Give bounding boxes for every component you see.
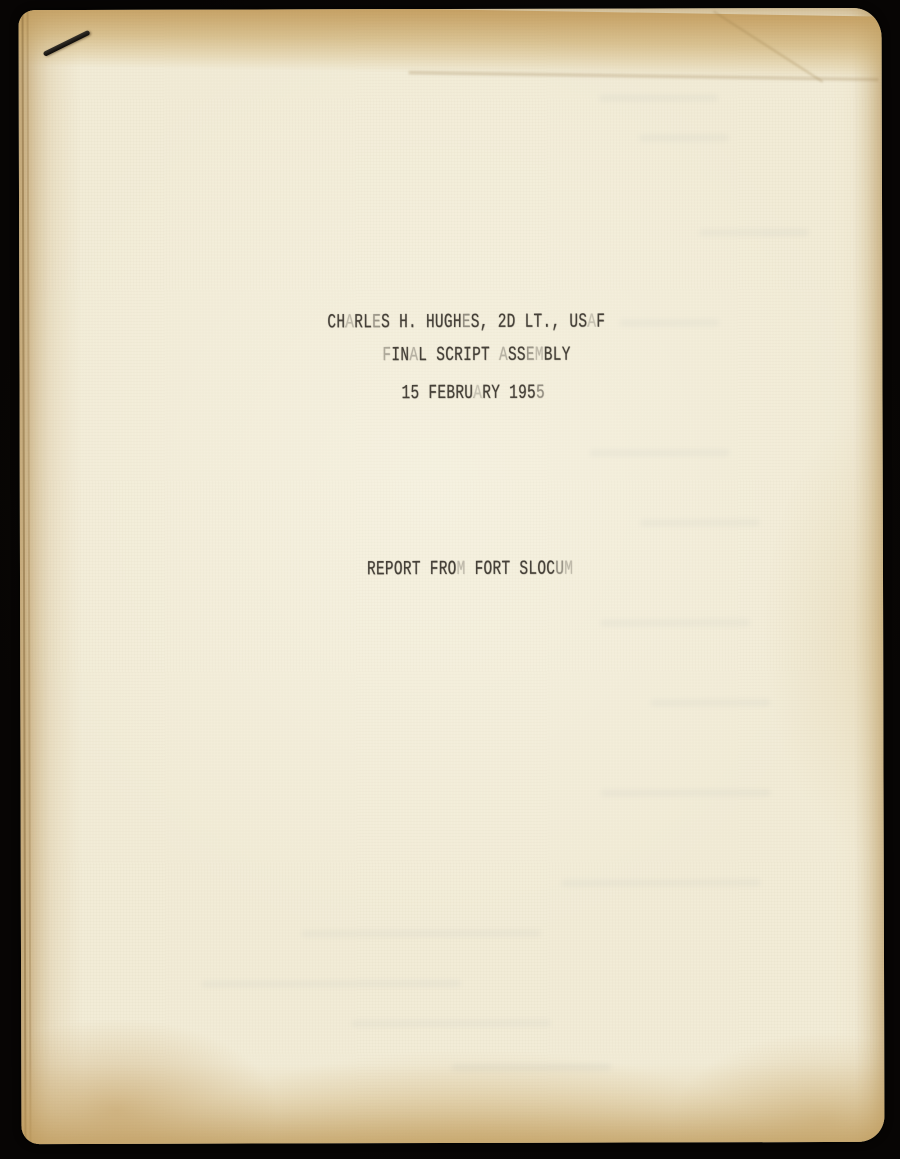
bleed-through-smudge: [451, 1064, 611, 1071]
author-line: CHARLES H. HUGHES, 2D LT., USAF: [327, 313, 605, 334]
corner-crease: [713, 10, 823, 82]
page-stack-edge: [22, 10, 27, 1144]
bleed-through-smudge: [561, 879, 761, 887]
bleed-through-smudge: [650, 699, 770, 706]
assembly-line: FINAL SCRIPT ASSEMBLY: [382, 346, 570, 366]
bleed-through-smudge: [301, 930, 541, 938]
page-stack-edge: [27, 10, 32, 1144]
bleed-through-smudge: [351, 1020, 551, 1028]
bleed-through-smudge: [639, 134, 729, 141]
bleed-through-smudge: [599, 94, 719, 101]
bleed-through-smudge: [590, 449, 730, 456]
document-page: CHARLES H. HUGHES, 2D LT., USAF FINAL SC…: [19, 8, 885, 1144]
bleed-through-smudge: [619, 319, 719, 326]
date-line: 15 FEBRUARY 1955: [401, 384, 545, 404]
bleed-through-smudge: [201, 980, 461, 988]
report-title-line: REPORT FROM FORT SLOCUM: [367, 560, 573, 581]
staple: [43, 30, 91, 57]
bleed-through-smudge: [601, 789, 771, 796]
bleed-through-smudge: [699, 229, 809, 236]
bleed-through-smudge: [640, 519, 760, 526]
scanner-background: CHARLES H. HUGHES, 2D LT., USAF FINAL SC…: [0, 0, 900, 1159]
bleed-through-smudge: [600, 619, 750, 626]
